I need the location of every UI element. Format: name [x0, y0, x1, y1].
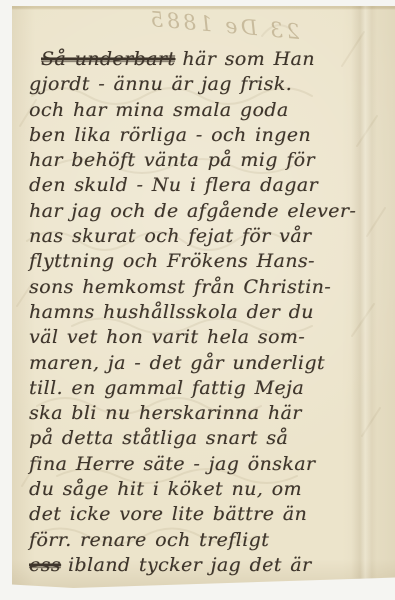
letter-line: väl vet hon varit hela som-	[29, 325, 391, 350]
line-text: maren, ja - det går underligt	[29, 352, 325, 374]
letter-line: till. en gammal fattig Meja	[29, 376, 391, 401]
letter-line: hamns hushållsskola der du	[29, 300, 391, 325]
line-text: ska bli nu herskarinna här	[29, 402, 302, 424]
letter-line: essibland tycker jag det är	[29, 553, 391, 578]
letter-line: flyttning och Frökens Hans-	[29, 249, 391, 274]
letter-line: det icke vore lite bättre än	[29, 502, 391, 527]
line-text: på detta ståtliga snart så	[29, 427, 288, 449]
line-text: fina Herre säte - jag önskar	[29, 453, 315, 475]
line-text: det icke vore lite bättre än	[29, 503, 307, 525]
line-text: hamns hushållsskola der du	[29, 301, 314, 323]
line-text: ben lika rörliga - och ingen	[29, 124, 311, 146]
line-text: förr. renare och trefligt	[29, 529, 269, 551]
line-text: du såge hit i köket nu, om	[29, 478, 302, 500]
letter-line: Så underbarthär som Han	[29, 47, 391, 72]
letter-line: du såge hit i köket nu, om	[29, 477, 391, 502]
line-text: den skuld - Nu i flera dagar	[29, 174, 318, 196]
line-text: väl vet hon varit hela som-	[29, 326, 305, 348]
photo-background: 23 De 1885	[0, 0, 395, 600]
letter-line: förr. renare och trefligt	[29, 528, 391, 553]
line-text: nas skurat och fejat för vår	[29, 225, 311, 247]
line-text: har behöft vänta på mig för	[29, 149, 315, 171]
letter-line: ben lika rörliga - och ingen	[29, 123, 391, 148]
letter-line: på detta ståtliga snart så	[29, 426, 391, 451]
line-text: har jag och de afgående elever-	[29, 200, 356, 222]
line-text: till. en gammal fattig Meja	[29, 377, 304, 399]
letter-line: fina Herre säte - jag önskar	[29, 452, 391, 477]
line-text: gjordt - ännu är jag frisk.	[29, 73, 292, 95]
struck-text: ess	[29, 554, 61, 576]
letter-line: har jag och de afgående elever-	[29, 199, 391, 224]
line-text: här som Han	[182, 48, 314, 70]
letter-line: den skuld - Nu i flera dagar	[29, 173, 391, 198]
letter-line: sons hemkomst från Christin-	[29, 275, 391, 300]
letter-line: gjordt - ännu är jag frisk.	[29, 72, 391, 97]
letter-page: 23 De 1885	[12, 6, 395, 588]
struck-text: Så underbart	[41, 48, 175, 70]
bleedthrough-date: 23 De 1885	[69, 0, 300, 44]
letter-line: har behöft vänta på mig för	[29, 148, 391, 173]
letter-line: och har mina smala goda	[29, 98, 391, 123]
letter-line: nas skurat och fejat för vår	[29, 224, 391, 249]
letter-body: Så underbarthär som Han gjordt - ännu är…	[29, 47, 391, 578]
line-text: ibland tycker jag det är	[68, 554, 312, 576]
letter-line: maren, ja - det går underligt	[29, 351, 391, 376]
line-text: och har mina smala goda	[29, 99, 289, 121]
letter-line: ska bli nu herskarinna här	[29, 401, 391, 426]
line-text: flyttning och Frökens Hans-	[29, 250, 315, 272]
line-text: sons hemkomst från Christin-	[29, 276, 331, 298]
